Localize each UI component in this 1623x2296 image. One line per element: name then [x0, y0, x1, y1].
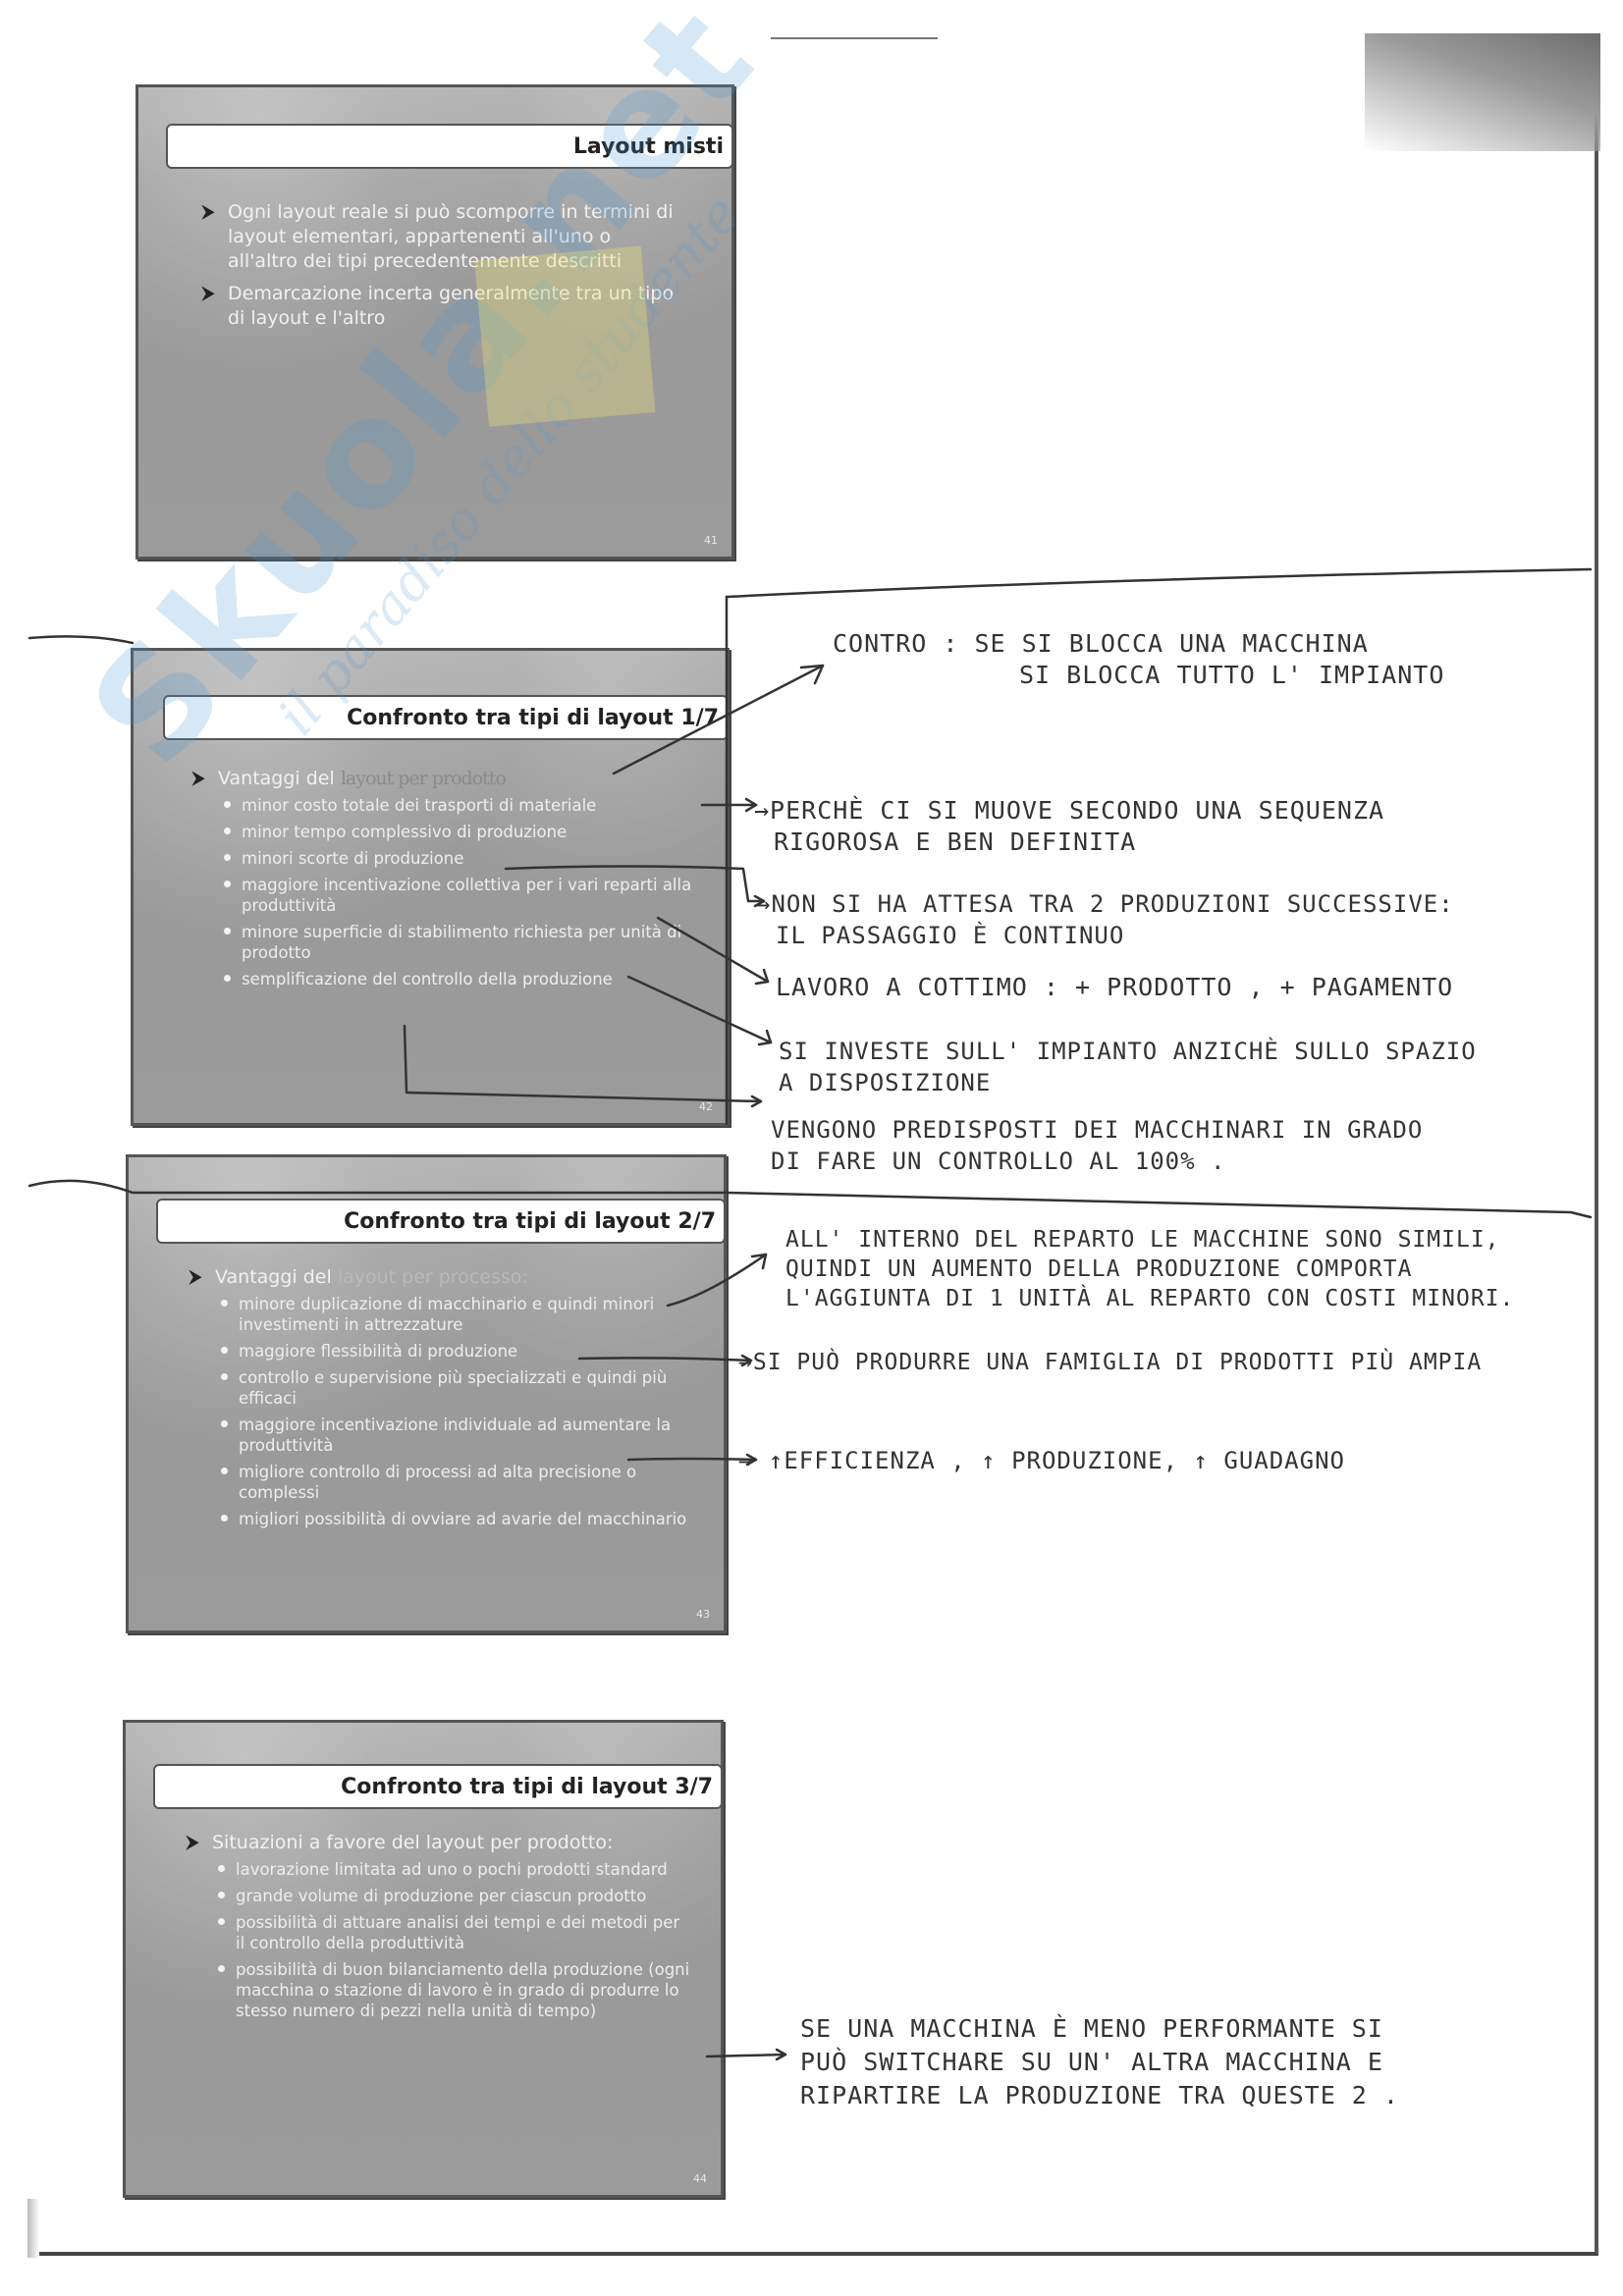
slide-confronto-3-7: Confronto tra tipi di layout 3/7 ⮞ Situa…	[123, 1720, 724, 2198]
slide-title-bar: Confronto tra tipi di layout 1/7	[163, 695, 729, 740]
handwritten-note: VENGONO PREDISPOSTI DEI MACCHINARI IN GR…	[771, 1114, 1423, 1177]
sub-bullet-item: minore duplicazione di macchinario e qui…	[219, 1294, 696, 1335]
slide-number: 43	[696, 1608, 710, 1621]
handwritten-note: → ↑EFFICIENZA , ↑ PRODUZIONE, ↑ GUADAGNO	[738, 1445, 1345, 1476]
sub-bullet-item: maggiore incentivazione individuale ad a…	[219, 1415, 696, 1456]
handwritten-note: →PERCHÈ CI SI MUOVE SECONDO UNA SEQUENZA…	[754, 795, 1384, 858]
arrow-bullet-icon: ⮞	[187, 1833, 208, 1852]
slide-body: ⮞ Situazioni a favore del layout per pro…	[187, 1831, 693, 2027]
sub-bullet-item: maggiore incentivazione collettiva per i…	[222, 875, 707, 916]
sub-bullet-item: lavorazione limitata ad uno o pochi prod…	[216, 1859, 693, 1880]
bullet-item: ⮞ Demarcazione incerta generalmente tra …	[202, 282, 682, 331]
handwritten-note: ALL' INTERNO DEL REPARTO LE MACCHINE SON…	[785, 1225, 1514, 1313]
slide-body: ⮞ Ogni layout reale si può scomporre in …	[202, 200, 682, 339]
handwritten-note: CONTRO : SE SI BLOCCA UNA MACCHINA SI BL…	[833, 628, 1444, 691]
slide-confronto-1-7: Confronto tra tipi di layout 1/7 ⮞ Vanta…	[131, 648, 730, 1126]
slide-title-bar: Layout misti	[166, 124, 733, 169]
sub-bullet-item: minor tempo complessivo di produzione	[222, 822, 707, 842]
sub-bullet-item: grande volume di produzione per ciascun …	[216, 1886, 693, 1906]
arrow-bullet-icon: ⮞	[192, 769, 214, 788]
sub-bullet-item: minori scorte di produzione	[222, 848, 707, 869]
slide-title-bar: Confronto tra tipi di layout 2/7	[156, 1199, 726, 1244]
handwritten-note: SE UNA MACCHINA È MENO PERFORMANTE SI PU…	[800, 2012, 1399, 2112]
slide-title: Layout misti	[573, 134, 724, 159]
sub-bullet-item: possibilità di buon bilanciamento della …	[216, 1959, 693, 2021]
slide-number: 42	[699, 1100, 713, 1113]
sub-bullet-item: semplificazione del controllo della prod…	[222, 969, 707, 989]
handwritten-note: LAVORO A COTTIMO : + PRODOTTO , + PAGAME…	[776, 972, 1453, 1003]
dot-bullet-icon	[224, 881, 231, 887]
dot-bullet-icon	[218, 1865, 225, 1872]
dot-bullet-icon	[221, 1420, 228, 1427]
handwritten-note: →NON SI HA ATTESA TRA 2 PRODUZIONI SUCCE…	[756, 888, 1454, 951]
dot-bullet-icon	[224, 975, 231, 982]
scan-edge-line	[771, 37, 938, 39]
slide-title: Confronto tra tipi di layout 2/7	[344, 1209, 716, 1234]
sub-bullet-item: minor costo totale dei trasporti di mate…	[222, 795, 707, 816]
scan-shadow	[1365, 33, 1600, 151]
bullet-item: ⮞ Vantaggi del layout per prodotto	[192, 767, 707, 791]
slide-title: Confronto tra tipi di layout 1/7	[347, 706, 719, 730]
slide-title-bar: Confronto tra tipi di layout 3/7	[153, 1764, 723, 1809]
dot-bullet-icon	[224, 928, 231, 934]
dot-bullet-icon	[218, 1892, 225, 1898]
dot-bullet-icon	[221, 1347, 228, 1354]
slide-number: 44	[693, 2172, 707, 2185]
dot-bullet-icon	[221, 1373, 228, 1380]
sub-bullet-item: possibilità di attuare analisi dei tempi…	[216, 1912, 693, 1953]
slide-body: ⮞ Vantaggi del layout per processo: mino…	[189, 1265, 696, 1535]
slide-confronto-2-7: Confronto tra tipi di layout 2/7 ⮞ Vanta…	[126, 1154, 727, 1633]
arrow-bullet-icon: ⮞	[202, 284, 224, 303]
scan-shadow	[27, 2199, 39, 2258]
sub-bullet-item: controllo e supervisione più specializza…	[219, 1367, 696, 1409]
sub-bullet-item: minore superficie di stabilimento richie…	[222, 922, 707, 963]
slide-title: Confronto tra tipi di layout 3/7	[341, 1775, 713, 1799]
arrow-bullet-icon: ⮞	[202, 202, 224, 222]
bullet-item: ⮞ Ogni layout reale si può scomporre in …	[202, 200, 682, 274]
bullet-item: ⮞ Vantaggi del layout per processo:	[189, 1265, 696, 1290]
dot-bullet-icon	[218, 1965, 225, 1972]
dot-bullet-icon	[224, 828, 231, 834]
handwritten-note: →SI PUÒ PRODURRE UNA FAMIGLIA DI PRODOTT…	[738, 1347, 1482, 1378]
dot-bullet-icon	[218, 1918, 225, 1925]
dot-bullet-icon	[224, 801, 231, 808]
dot-bullet-icon	[221, 1515, 228, 1522]
arrow-bullet-icon: ⮞	[189, 1267, 211, 1287]
sub-bullet-item: migliore controllo di processi ad alta p…	[219, 1462, 696, 1503]
slide-number: 41	[704, 534, 718, 547]
dot-bullet-icon	[221, 1468, 228, 1474]
slide-layout-misti: Layout misti ⮞ Ogni layout reale si può …	[135, 84, 734, 560]
dot-bullet-icon	[221, 1300, 228, 1307]
bullet-item: ⮞ Situazioni a favore del layout per pro…	[187, 1831, 693, 1855]
dot-bullet-icon	[224, 854, 231, 861]
handwritten-note: SI INVESTE SULL' IMPIANTO ANZICHÈ SULLO …	[779, 1036, 1477, 1098]
sub-bullet-item: maggiore flessibilità di produzione	[219, 1341, 696, 1362]
slide-body: ⮞ Vantaggi del layout per prodotto minor…	[192, 767, 707, 995]
sub-bullet-item: migliori possibilità di ovviare ad avari…	[219, 1509, 696, 1529]
